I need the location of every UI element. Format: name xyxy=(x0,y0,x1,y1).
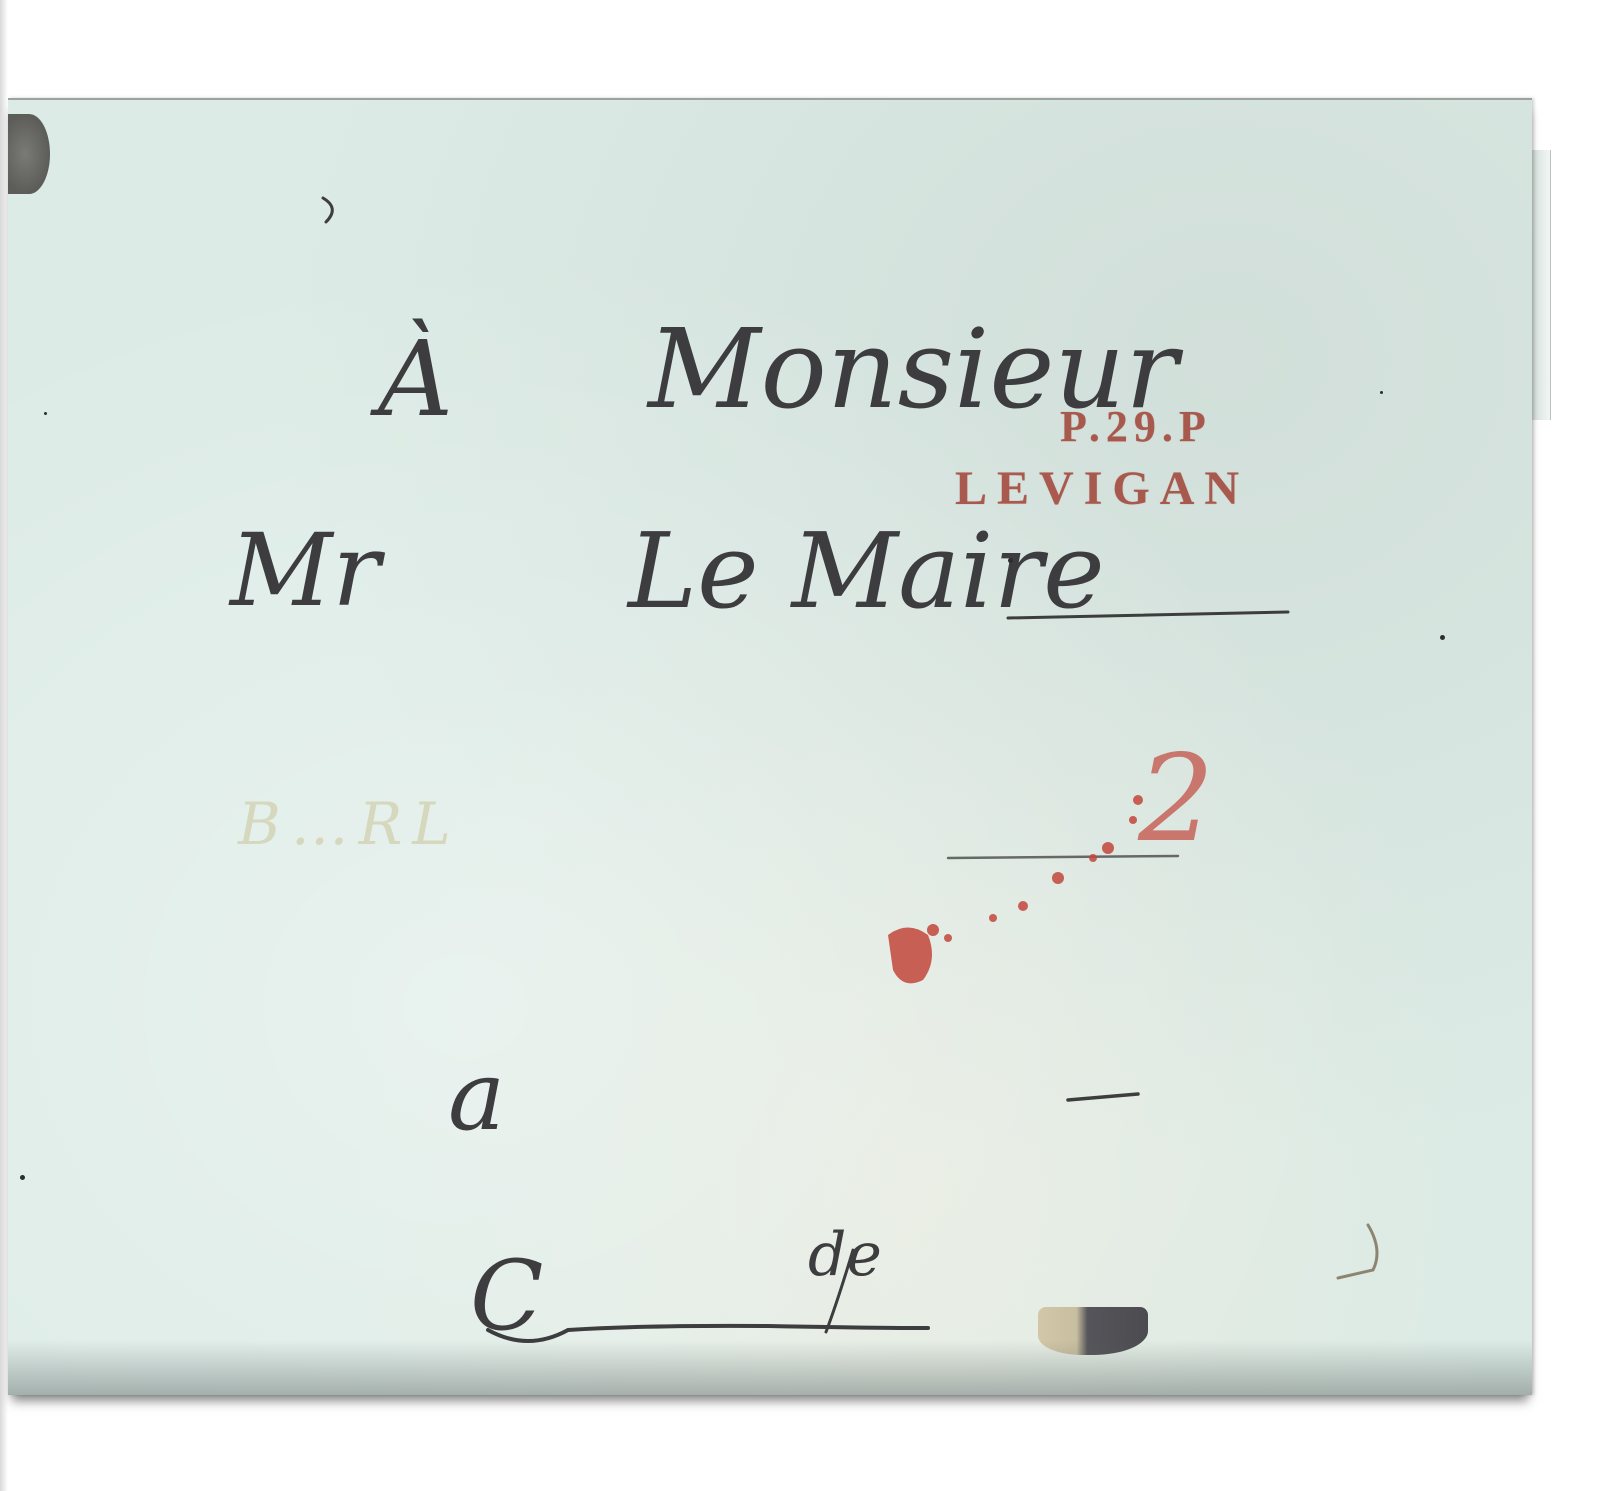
ink-speck xyxy=(20,1175,25,1180)
ink-speck xyxy=(44,412,47,415)
seal-stain xyxy=(1038,1307,1148,1355)
rate-mark-trail xyxy=(8,100,1532,1395)
ink-speck xyxy=(1380,391,1383,394)
ink-speck xyxy=(1440,635,1445,640)
postmark-line1: P.29.P xyxy=(1060,405,1212,449)
scan-edge xyxy=(0,0,8,1491)
letter-cover: B…RL À Monsieur Mr Le Maire a de C 2 xyxy=(8,98,1532,1395)
ink-speck xyxy=(1008,558,1013,563)
postmark-line2: LEVIGAN xyxy=(955,465,1249,513)
